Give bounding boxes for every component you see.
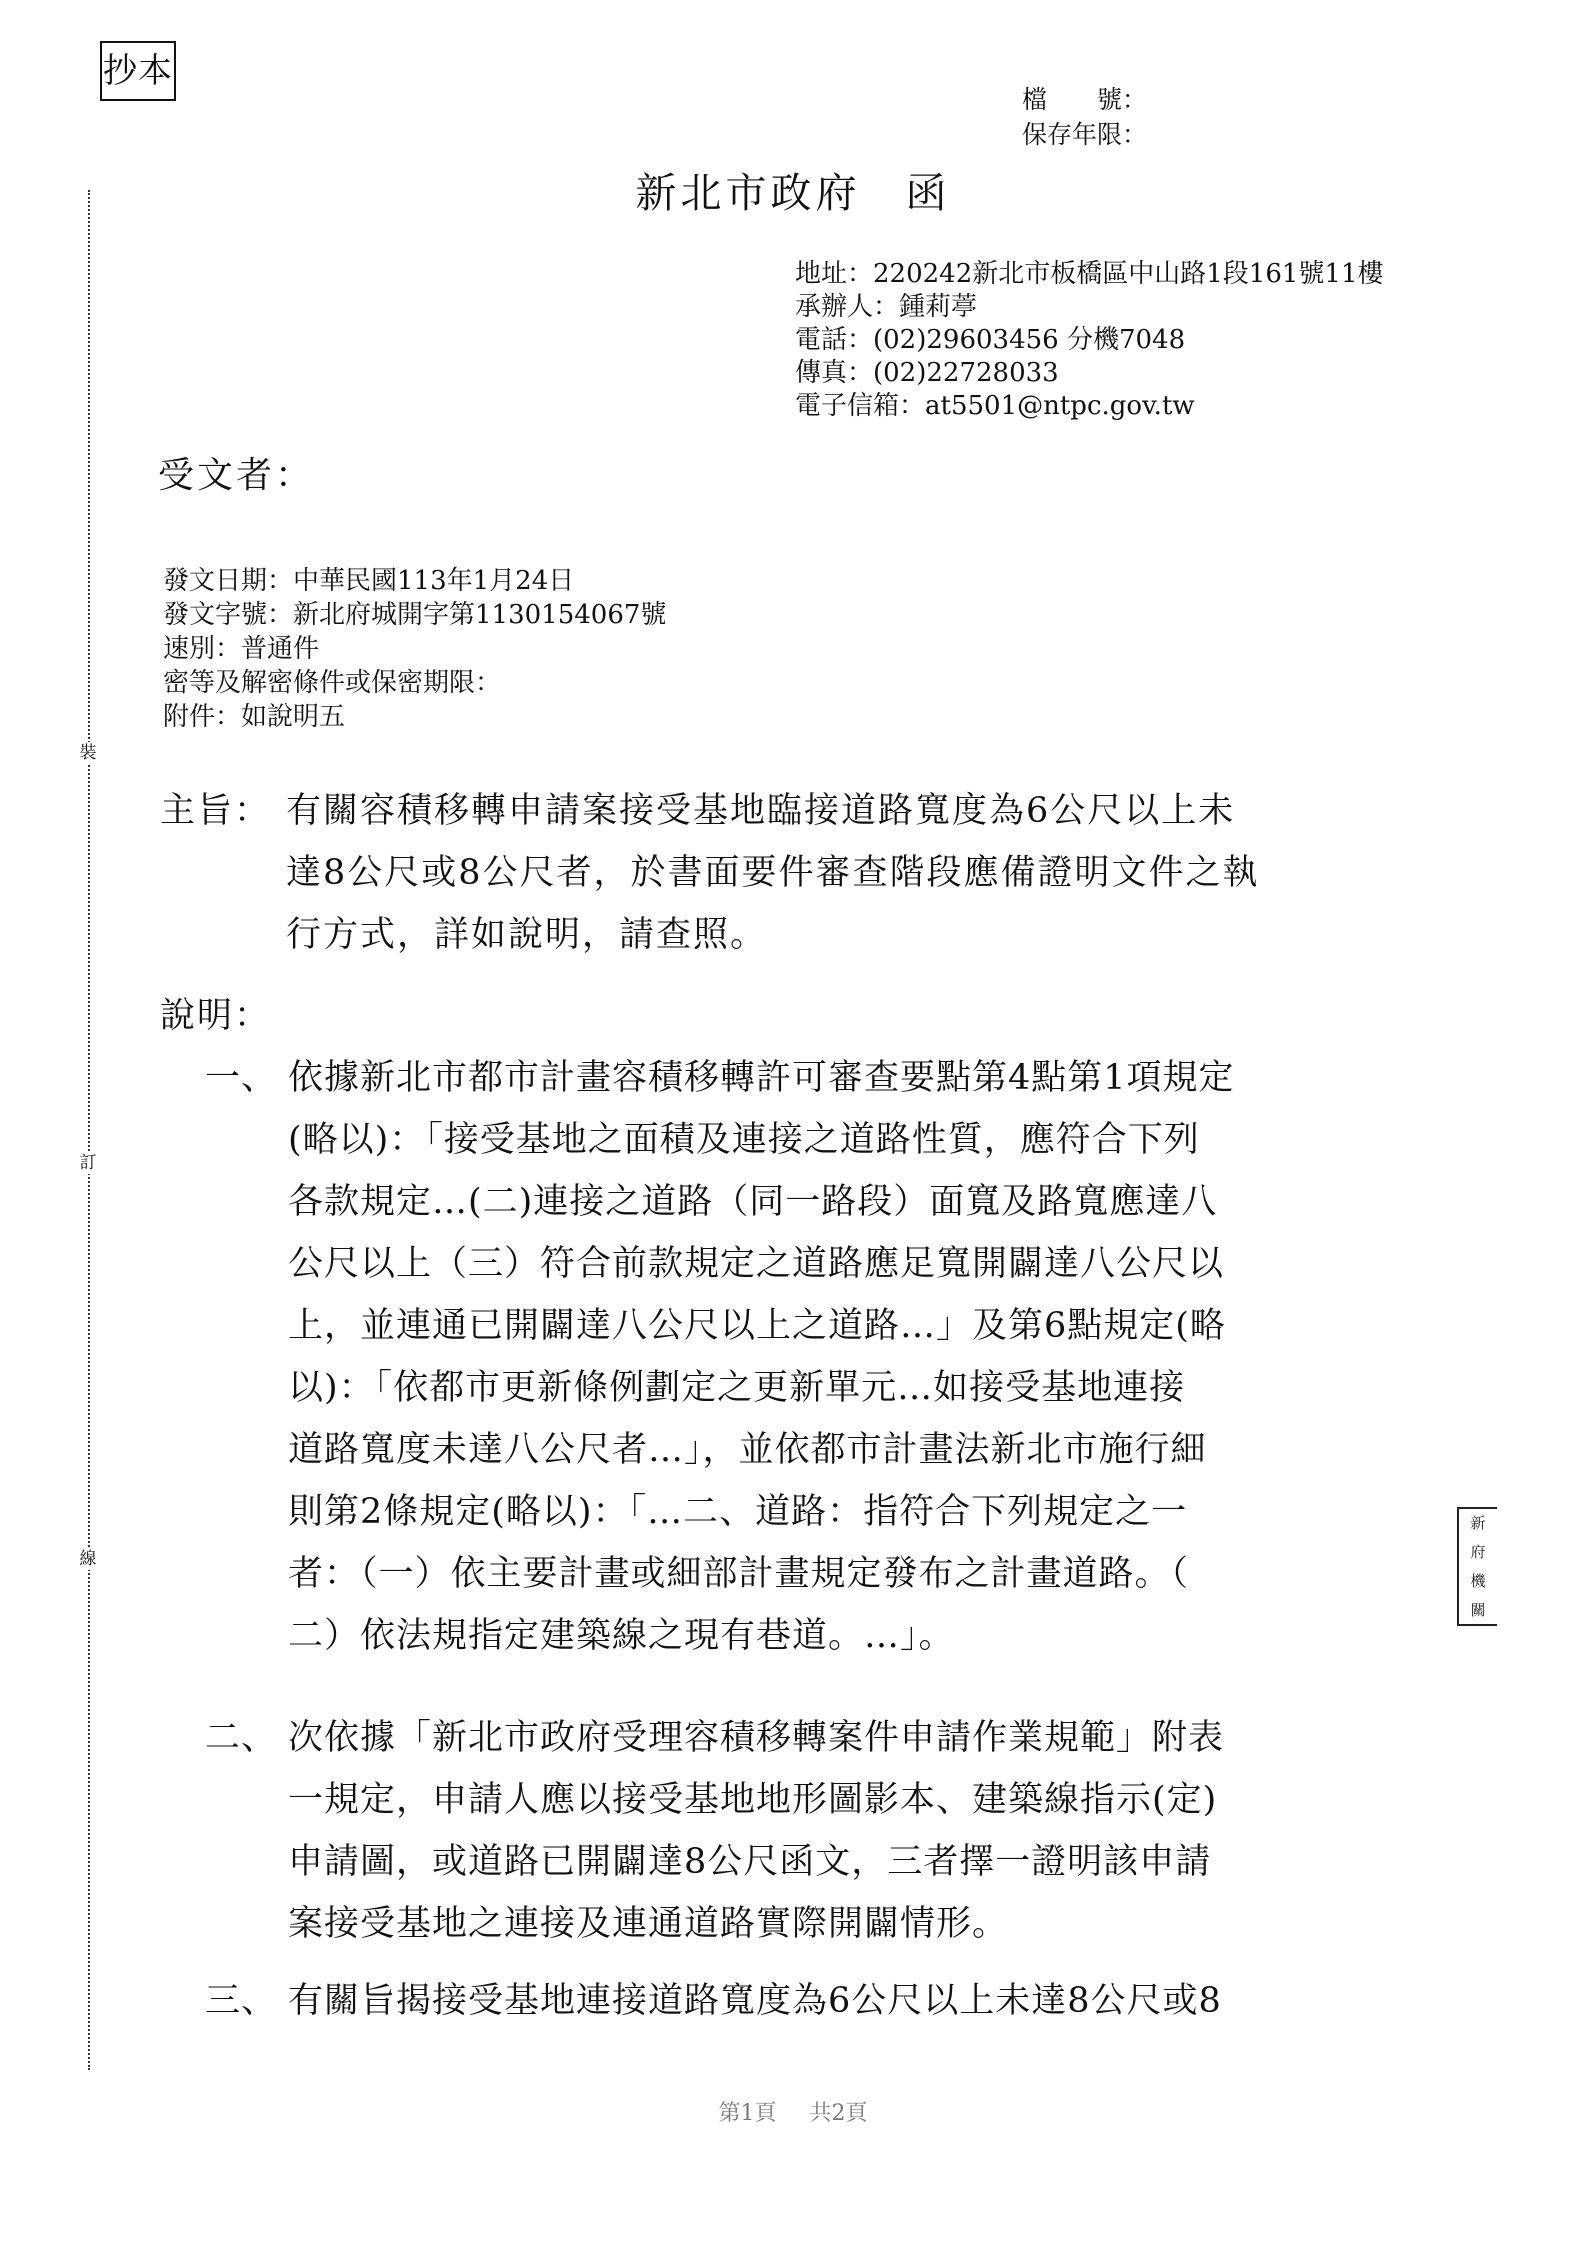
dispatch-meta: 發文日期：中華民國113年1月24日 發文字號：新北府城開字第113015406… xyxy=(163,564,666,734)
dispatch-date: 發文日期：中華民國113年1月24日 xyxy=(163,564,666,598)
page-total: 共2頁 xyxy=(810,2101,868,2126)
explanation-label: 說明： xyxy=(160,985,271,1047)
item-line: 上，並連通已開闢達八公尺以上之道路…」及第6點規定(略 xyxy=(288,1295,1235,1357)
email: 電子信箱：at5501@ntpc.gov.tw xyxy=(795,390,1384,423)
seal-char: 關 xyxy=(1470,1602,1485,1618)
subject-label: 主旨： xyxy=(160,780,271,842)
page-footer: 第1頁 共2頁 xyxy=(0,2096,1586,2127)
item-line: 二）依法規指定建築線之現有巷道。…」。 xyxy=(288,1605,1235,1667)
item-line: 有關旨揭接受基地連接道路寬度為6公尺以上未達8公尺或8 xyxy=(288,1970,1222,2032)
item-line: 依據新北市都市計畫容積移轉許可審查要點第4點第1項規定 xyxy=(288,1047,1235,1109)
item-number: 一、 xyxy=(205,1047,277,1109)
official-seal-stamp: 新 府 機 關 xyxy=(1457,1507,1497,1626)
binding-mark-xian: 線 xyxy=(76,1548,100,1570)
phone: 電話：(02)29603456 分機7048 xyxy=(795,324,1384,357)
contact-block: 地址：220242新北市板橋區中山路1段161號11樓 承辦人：鍾莉葶 電話：(… xyxy=(795,258,1384,423)
item-line: (略以)：「接受基地之面積及連接之道路性質，應符合下列 xyxy=(288,1109,1235,1171)
binding-mark-zhuang: 裝 xyxy=(76,742,100,764)
subject-line: 行方式，詳如說明，請查照。 xyxy=(286,904,1260,966)
item-number: 三、 xyxy=(205,1970,277,2032)
subject-line: 有關容積移轉申請案接受基地臨接道路寬度為6公尺以上未 xyxy=(286,780,1260,842)
seal-char: 府 xyxy=(1470,1544,1485,1560)
item-line: 公尺以上（三）符合前款規定之道路應足寬開闢達八公尺以 xyxy=(288,1233,1235,1295)
item-line: 各款規定…(二)連接之道路（同一路段）面寬及路寬應達八 xyxy=(288,1171,1235,1233)
retention-period-label: 保存年限： xyxy=(1022,117,1147,152)
binding-line xyxy=(88,190,90,2070)
item-line: 以)：「依都市更新條例劃定之更新單元…如接受基地連接 xyxy=(288,1357,1235,1419)
seal-char: 新 xyxy=(1470,1515,1485,1531)
file-meta: 檔 號： 保存年限： xyxy=(1022,82,1147,152)
file-number-label: 檔 號： xyxy=(1022,82,1147,117)
handler: 承辦人：鍾莉葶 xyxy=(795,291,1384,324)
fax: 傳真：(02)22728033 xyxy=(795,357,1384,390)
copy-badge: 抄本 xyxy=(100,41,176,101)
attachment: 附件：如說明五 xyxy=(163,700,666,734)
item-number: 二、 xyxy=(205,1707,277,1769)
item-line: 案接受基地之連接及連通道路實際開闢情形。 xyxy=(288,1893,1224,1955)
item-line: 者：（一）依主要計畫或細部計畫規定發布之計畫道路。（ xyxy=(288,1543,1235,1605)
address: 地址：220242新北市板橋區中山路1段161號11樓 xyxy=(795,258,1384,291)
item-line: 則第2條規定(略以)：「…二、道路：指符合下列規定之一 xyxy=(288,1481,1235,1543)
secrecy-level: 密等及解密條件或保密期限： xyxy=(163,666,666,700)
document-title: 新北市政府 函 xyxy=(0,160,1586,219)
binding-mark-ding: 訂 xyxy=(76,1152,100,1174)
recipient-label: 受文者： xyxy=(158,447,314,498)
speed-class: 速別：普通件 xyxy=(163,632,666,666)
item-line: 次依據「新北市政府受理容積移轉案件申請作業規範」附表 xyxy=(288,1707,1224,1769)
item-line: 道路寬度未達八公尺者…」，並依都市計畫法新北市施行細 xyxy=(288,1419,1235,1481)
page-number: 第1頁 xyxy=(719,2101,777,2126)
item-line: 一規定，申請人應以接受基地地形圖影本、建築線指示(定) xyxy=(288,1769,1224,1831)
dispatch-number: 發文字號：新北府城開字第1130154067號 xyxy=(163,598,666,632)
seal-char: 機 xyxy=(1470,1573,1485,1589)
subject-line: 達8公尺或8公尺者，於書面要件審查階段應備證明文件之執 xyxy=(286,842,1260,904)
item-line: 申請圖，或道路已開闢達8公尺函文，三者擇一證明該申請 xyxy=(288,1831,1224,1893)
